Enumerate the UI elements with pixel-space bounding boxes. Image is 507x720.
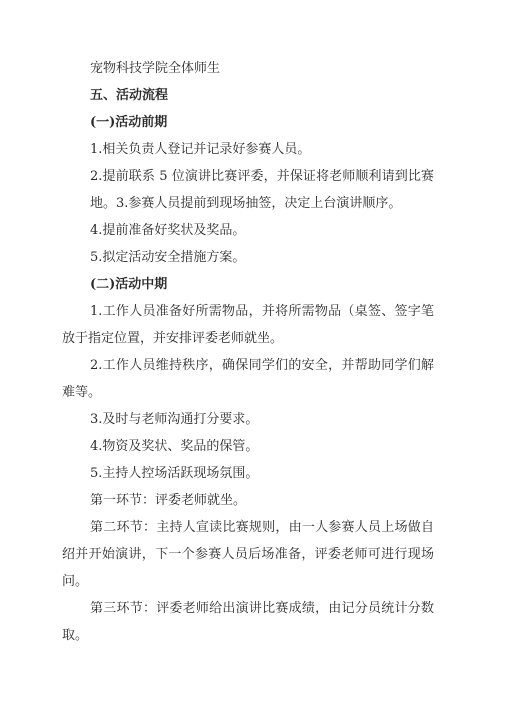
text-line: 放于指定位置，并安排评委老师就坐。 <box>62 325 434 352</box>
text-line: 4.物资及奖状、奖品的保管。 <box>62 433 434 460</box>
text-line: 2.提前联系 5 位演讲比赛评委，并保证将老师顺利请到比赛场 <box>62 163 434 190</box>
text-line: 宠物科技学院全体师生 <box>62 55 434 82</box>
text-line: 取。 <box>62 622 434 649</box>
text-line: 第一环节：评委老师就坐。 <box>62 487 434 514</box>
text-line: 问。 <box>62 568 434 595</box>
text-line: 绍并开始演讲，下一个参赛人员后场准备，评委老师可进行现场提 <box>62 541 434 568</box>
text-line: 1.工作人员准备好所需物品，并将所需物品（桌签、签字笔等） <box>62 298 434 325</box>
text-line: 第三环节：评委老师给出演讲比赛成绩，由记分员统计分数并收 <box>62 595 434 622</box>
text-line: 五、活动流程 <box>62 82 434 109</box>
text-line: (一)活动前期 <box>62 109 434 136</box>
text-line: 难等。 <box>62 379 434 406</box>
text-line: (二)活动中期 <box>62 271 434 298</box>
text-line: 5.主持人控场活跃现场氛围。 <box>62 460 434 487</box>
text-line: 3.及时与老师沟通打分要求。 <box>62 406 434 433</box>
text-line: 1.相关负责人登记并记录好参赛人员。 <box>62 136 434 163</box>
text-line: 第二环节：主持人宣读比赛规则，由一人参赛人员上场做自我介 <box>62 514 434 541</box>
text-line: 5.拟定活动安全措施方案。 <box>62 244 434 271</box>
document-page: 宠物科技学院全体师生五、活动流程(一)活动前期1.相关负责人登记并记录好参赛人员… <box>62 55 434 649</box>
text-line: 地。3.参赛人员提前到现场抽签，决定上台演讲顺序。 <box>62 190 434 217</box>
text-line: 4.提前准备好奖状及奖品。 <box>62 217 434 244</box>
text-line: 2.工作人员维持秩序，确保同学们的安全，并帮助同学们解决困 <box>62 352 434 379</box>
